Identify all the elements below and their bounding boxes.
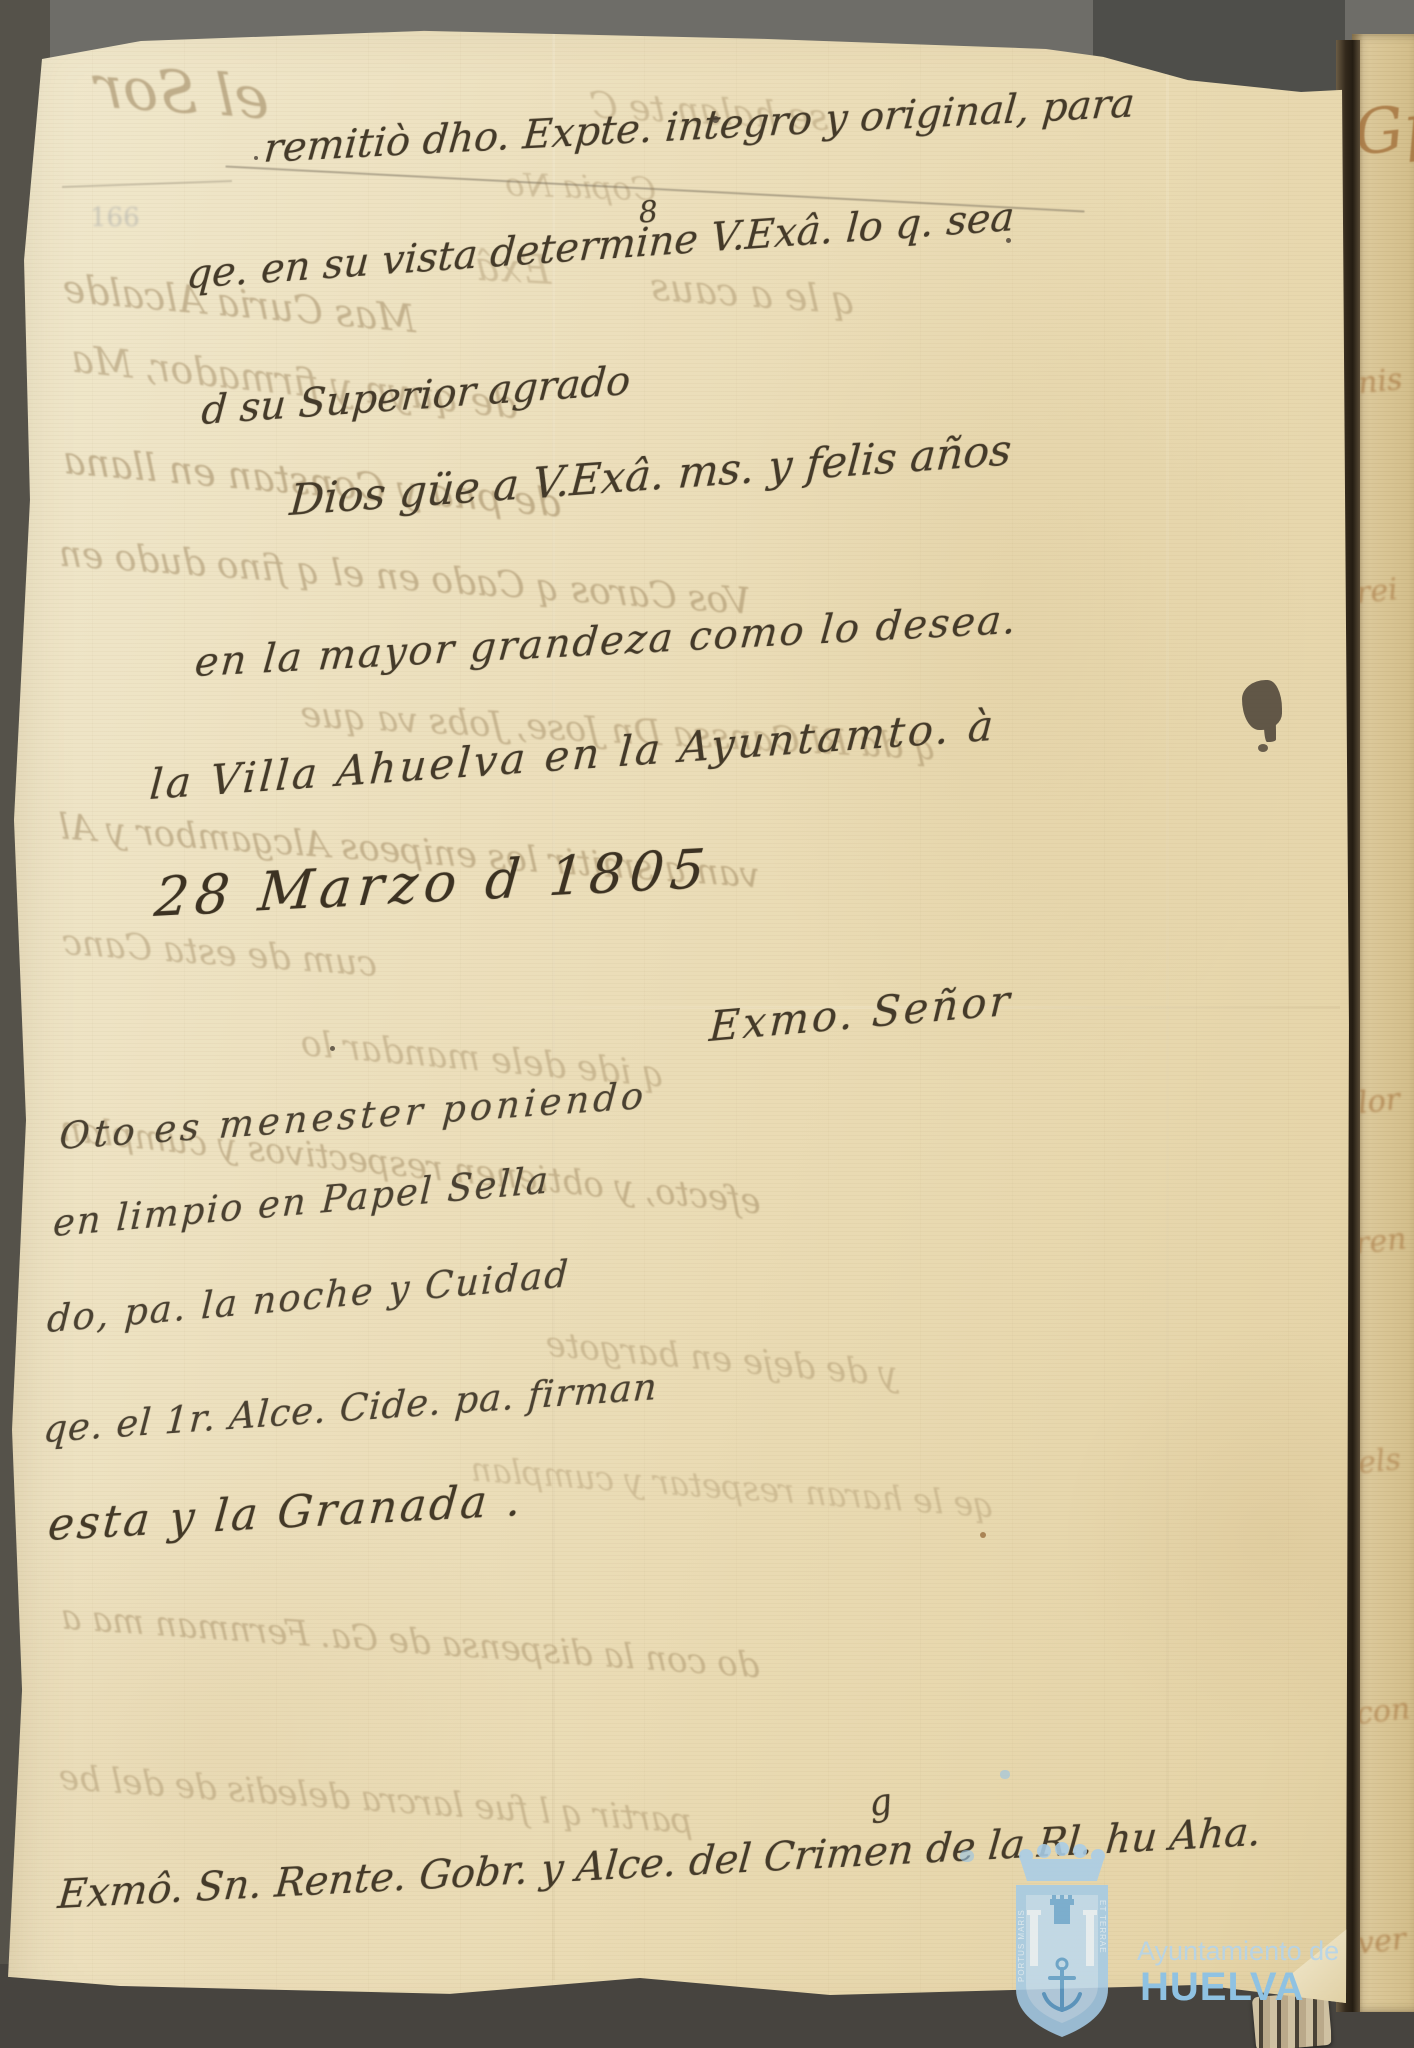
salutation-line: Exmo. Señor [708, 975, 1014, 1051]
ink-speck [1006, 238, 1011, 243]
ink-speck [712, 116, 719, 123]
huelva-watermark: PORTUS MARIS ET TERRAE Ayuntamiento de H… [1000, 1842, 1350, 2048]
watermark-org-text: Ayuntamiento de [1137, 1936, 1339, 1966]
ink-speck [1258, 744, 1268, 752]
adjacent-page-ink-fragment: rei [1354, 572, 1399, 611]
bleedthrough-line: q le a caus [649, 265, 856, 324]
adjacent-page-ink-fragment: ren [1353, 1221, 1408, 1261]
adjacent-page-edge: Gp nis rei lor ren els con ver [1352, 34, 1414, 2012]
fold-crease-vertical [552, 30, 555, 1980]
margin-note-line: do, pa. la noche y Cuidad [46, 1252, 571, 1341]
bleedthrough-line: el Sor [94, 52, 270, 132]
crest-motto-right: ET TERRAE [1098, 1900, 1107, 1954]
ink-mark: g [866, 1781, 895, 1825]
ink-blot [1242, 680, 1282, 730]
blue-fiber-speck [960, 1850, 974, 1862]
watermark-city-text: HUELVA [1140, 1965, 1305, 2009]
ink-speck [254, 156, 258, 160]
ink-speck [980, 1532, 986, 1538]
crown-icon [1019, 1842, 1105, 1881]
adjacent-page-ink-fragment: els [1356, 1442, 1402, 1481]
bleedthrough-line: qe le haran respetar y cumplan [470, 1450, 995, 1526]
handwriting-line: qe. en su vista determine V.Exâ. lo q. s… [185, 194, 1016, 298]
ink-speck [330, 1046, 335, 1051]
pencil-number: 166 [90, 203, 140, 233]
bleedthrough-line: Vos Caros q Cado en el q fino dudo en [58, 534, 751, 624]
bleedthrough-line: do con la dispensa de Ga. Fernman ma a [60, 1597, 760, 1686]
bleedthrough-line: partir q l fue larcra deledis de del be [58, 1758, 693, 1843]
blue-fiber-speck [1000, 1770, 1010, 1779]
margin-note-line: esta y la Granada . [46, 1475, 526, 1551]
archival-scan: Gp nis rei lor ren els con ver 166 el So… [0, 0, 1414, 2048]
bleedthrough-line: Copia No [504, 165, 658, 208]
manuscript-page: 166 el Sor se halan te C Copia No Exâ Ma… [0, 0, 1414, 2048]
adjacent-page-ink-fragment: nis [1356, 362, 1404, 401]
margin-note-line: qe. el 1r. Alce. Cide. pa. firman [42, 1365, 659, 1451]
huelva-coat-of-arms-icon: PORTUS MARIS ET TERRAE Ayuntamiento de H… [1000, 1842, 1350, 2048]
crest-motto-left: PORTUS MARIS [1017, 1909, 1026, 1982]
adjacent-page-ink-fragment: con [1354, 1691, 1412, 1731]
fold-crease-vertical [1166, 56, 1169, 1986]
handwriting-line: Dios güe a V.Exâ. ms. y felis años [288, 425, 1013, 526]
adjacent-page-ink-fragment: lor [1356, 1082, 1401, 1121]
pencil-mark [62, 180, 232, 188]
bleedthrough-line: cum de esta Canc [62, 923, 378, 985]
adjacent-page-ink-fragment: ver [1355, 1922, 1407, 1962]
